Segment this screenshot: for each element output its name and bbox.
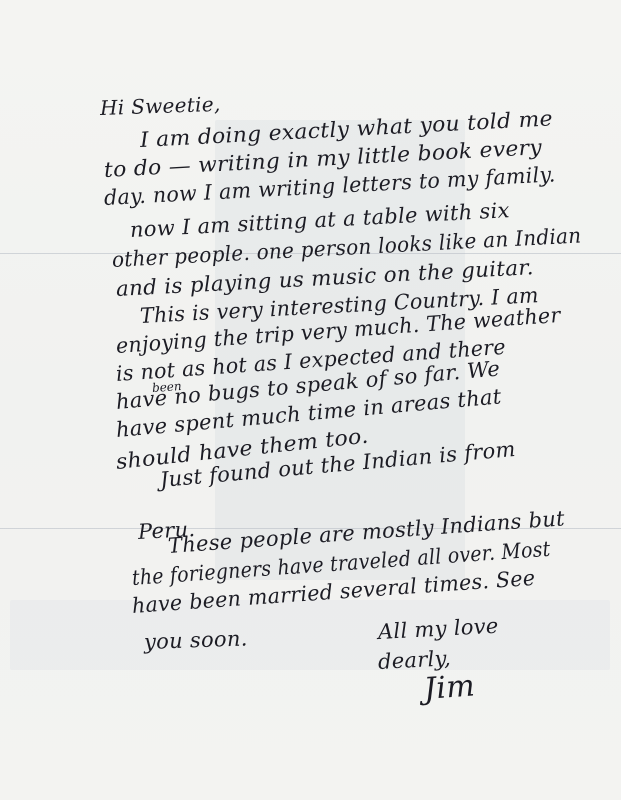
salutation: Hi Sweetie,	[100, 92, 221, 120]
show-through-print	[10, 600, 610, 670]
letter-page: Hi Sweetie, I am doing exactly what you …	[0, 0, 621, 800]
letter-line: you soon.	[144, 626, 248, 654]
signature: Jim	[423, 668, 476, 706]
